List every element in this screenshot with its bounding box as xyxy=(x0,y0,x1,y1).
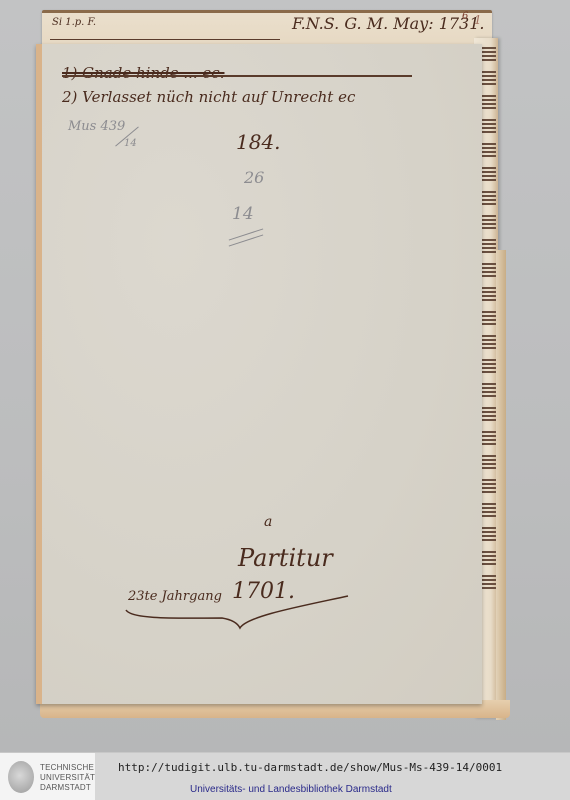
letter-a: a xyxy=(264,514,272,530)
music-staff-fragment xyxy=(50,39,280,40)
top-left-note: Si 1.p. F. xyxy=(52,17,96,28)
back-pages-edge-2 xyxy=(496,250,506,720)
strike-through-line xyxy=(62,75,412,77)
header-sup: 6 xyxy=(462,11,468,22)
library-name[interactable]: Universitäts- und Landesbibliothek Darms… xyxy=(190,784,392,795)
permalink-url[interactable]: http://tudigit.ulb.tu-darmstadt.de/show/… xyxy=(118,761,502,774)
logo-line-1: TECHNISCHE xyxy=(40,763,95,773)
logo-text: TECHNISCHE UNIVERSITÄT DARMSTADT xyxy=(40,763,95,793)
pencil-underline-2 xyxy=(229,234,264,246)
struck-title-line: 1) Gnade hinde ... ec. xyxy=(62,64,224,82)
header-date: F.N.S. G. M. May: 1731. xyxy=(292,14,485,33)
music-notation-margin xyxy=(480,45,496,591)
footer-bar: TECHNISCHE UNIVERSITÄT DARMSTADT http://… xyxy=(0,752,570,800)
flourish-underline xyxy=(122,592,352,632)
page-corner-number: 1 xyxy=(474,13,482,27)
pencil-number-26: 26 xyxy=(244,168,264,187)
logo-line-3: DARMSTADT xyxy=(40,783,95,793)
title-line: 2) Verlasset nüch nicht auf Unrecht ec xyxy=(62,88,355,106)
catalog-number: 184. xyxy=(236,130,281,154)
tu-darmstadt-logo: TECHNISCHE UNIVERSITÄT DARMSTADT xyxy=(0,753,95,800)
manuscript-image-viewer: Si 1.p. F. F.N.S. G. M. May: 1731. 6 1 1… xyxy=(0,0,570,752)
athena-head-icon xyxy=(8,761,34,793)
manuscript-cover-page: 1) Gnade hinde ... ec. 2) Verlasset nüch… xyxy=(36,44,482,704)
shelfmark: Mus 439 xyxy=(68,119,125,134)
pencil-number-14: 14 xyxy=(232,204,254,224)
partitur-label: Partitur xyxy=(238,544,333,572)
logo-line-2: UNIVERSITÄT xyxy=(40,773,95,783)
shelfmark-sub: 14 xyxy=(124,138,137,149)
